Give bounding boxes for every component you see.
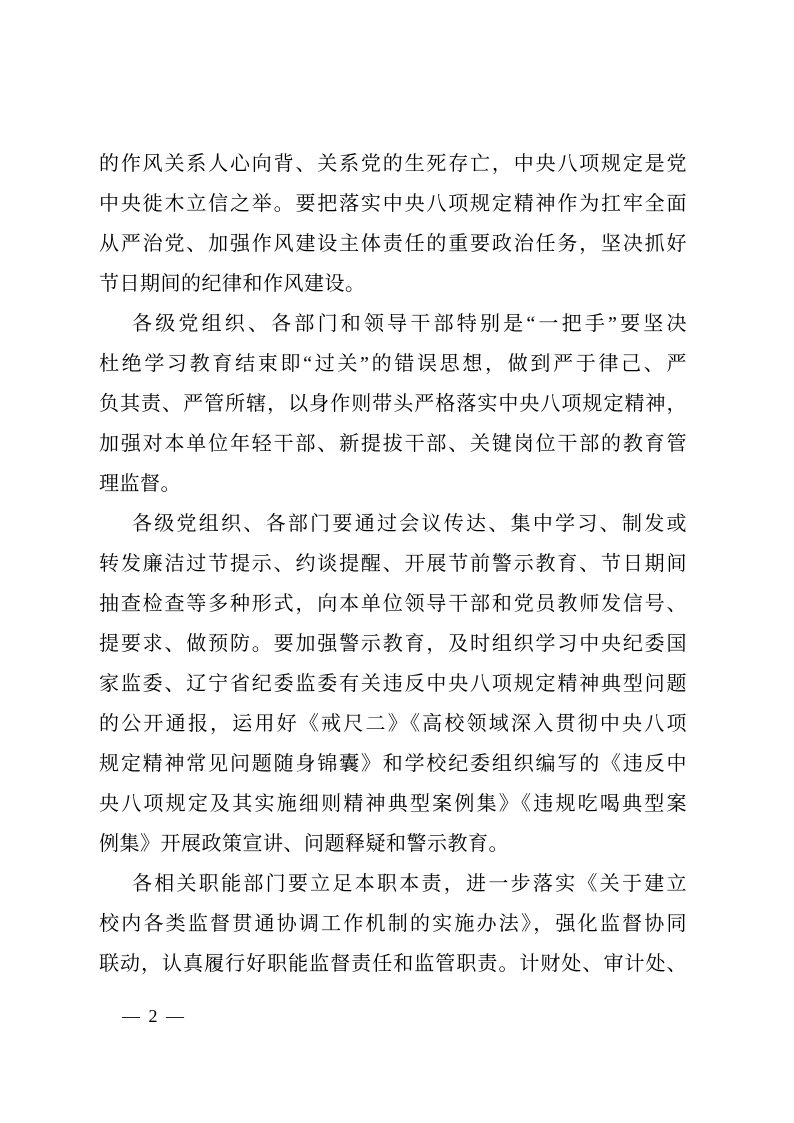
paragraph: 各相关职能部门要立足本职本责，进一步落实《关于建立校内各类监督贯通协调工作机制的…: [99, 864, 687, 984]
page-number: — 2 —: [122, 1004, 186, 1028]
text-line: 加强对本单位年轻干部、新提拔干部、关键岗位干部的教育管: [99, 424, 687, 464]
text-line: 各相关职能部门要立足本职本责，进一步落实《关于建立: [99, 864, 687, 904]
text-line: 例集》开展政策宣讲、问题释疑和警示教育。: [99, 824, 687, 864]
document-body: 的作风关系人心向背、关系党的生死存亡，中央八项规定是党中央徙木立信之举。要把落实…: [99, 144, 687, 984]
paragraph: 的作风关系人心向背、关系党的生死存亡，中央八项规定是党中央徙木立信之举。要把落实…: [99, 144, 687, 304]
text-line: 各级党组织、各部门和领导干部特别是“一把手”要坚决: [99, 304, 687, 344]
text-line: 联动，认真履行好职能监督责任和监管职责。计财处、审计处、: [99, 944, 687, 984]
document-page: 的作风关系人心向背、关系党的生死存亡，中央八项规定是党中央徙木立信之举。要把落实…: [0, 0, 794, 1123]
text-line: 中央徙木立信之举。要把落实中央八项规定精神作为扛牢全面: [99, 184, 687, 224]
paragraph: 各级党组织、各部门要通过会议传达、集中学习、制发或转发廉洁过节提示、约谈提醒、开…: [99, 504, 687, 864]
text-line: 转发廉洁过节提示、约谈提醒、开展节前警示教育、节日期间: [99, 544, 687, 584]
text-line: 各级党组织、各部门要通过会议传达、集中学习、制发或: [99, 504, 687, 544]
text-line: 的公开通报，运用好《戒尺二》《高校领域深入贯彻中央八项: [99, 704, 687, 744]
paragraph: 各级党组织、各部门和领导干部特别是“一把手”要坚决杜绝学习教育结束即“过关”的错…: [99, 304, 687, 504]
text-line: 节日期间的纪律和作风建设。: [99, 264, 687, 304]
text-line: 杜绝学习教育结束即“过关”的错误思想，做到严于律己、严: [99, 344, 687, 384]
text-line: 央八项规定及其实施细则精神典型案例集》《违规吃喝典型案: [99, 784, 687, 824]
text-line: 负其责、严管所辖，以身作则带头严格落实中央八项规定精神，: [99, 384, 687, 424]
text-line: 抽查检查等多种形式，向本单位领导干部和党员教师发信号、: [99, 584, 687, 624]
text-line: 理监督。: [99, 464, 687, 504]
text-line: 的作风关系人心向背、关系党的生死存亡，中央八项规定是党: [99, 144, 687, 184]
text-line: 从严治党、加强作风建设主体责任的重要政治任务，坚决抓好: [99, 224, 687, 264]
text-line: 提要求、做预防。要加强警示教育，及时组织学习中央纪委国: [99, 624, 687, 664]
text-line: 规定精神常见问题随身锦囊》和学校纪委组织编写的《违反中: [99, 744, 687, 784]
text-line: 家监委、辽宁省纪委监委有关违反中央八项规定精神典型问题: [99, 664, 687, 704]
text-line: 校内各类监督贯通协调工作机制的实施办法》，强化监督协同: [99, 904, 687, 944]
